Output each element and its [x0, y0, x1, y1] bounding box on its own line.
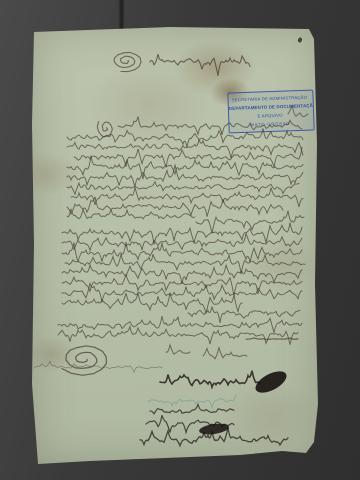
- handwriting-line: [71, 187, 303, 207]
- handwriting-line: [67, 182, 299, 195]
- handwriting-line: [118, 117, 302, 135]
- handwriting-line: [288, 105, 308, 117]
- handwriting-layer: [0, 0, 360, 480]
- handwriting-line: [62, 283, 302, 302]
- handwriting-line: [148, 395, 236, 408]
- handwriting-line: [203, 348, 247, 359]
- handwriting-line: [150, 405, 234, 414]
- handwriting-line: [58, 316, 302, 333]
- flourish-spiral: [62, 346, 106, 376]
- photo-backdrop: { "scene": { "description": "Photograph …: [0, 0, 360, 480]
- handwriting-line: [62, 292, 242, 313]
- handwriting-line: [150, 54, 250, 76]
- flourish-spiral: [97, 122, 112, 138]
- handwriting-line: [67, 128, 303, 147]
- ink-blot: [297, 37, 303, 43]
- handwriting-line: [67, 156, 303, 180]
- handwriting-line: [246, 338, 298, 340]
- flourish-spiral: [114, 52, 141, 71]
- handwriting-line: [67, 165, 303, 187]
- handwriting-line: [62, 275, 302, 297]
- handwriting-line: [166, 345, 190, 354]
- handwriting-line: [62, 223, 302, 245]
- handwriting-line: [160, 371, 260, 387]
